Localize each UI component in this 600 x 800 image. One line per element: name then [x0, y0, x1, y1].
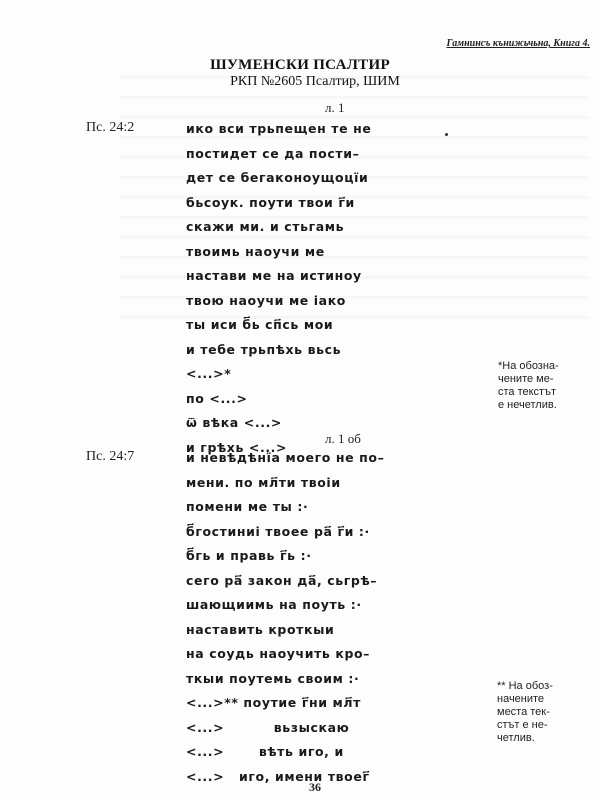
footnote-line: ** На обоз-: [497, 680, 597, 693]
verse-line: наставить кроткыи: [186, 618, 384, 643]
verse-line: б҃гь и правь г҃ь :·: [186, 544, 384, 569]
footnote-line: стът е не-: [497, 719, 597, 732]
document-subtitle: РКП №2605 Псалтир, ШИМ: [0, 74, 600, 90]
verse-line: на соудь наоучить кро–: [186, 642, 384, 667]
footnote-line: ста текстът: [498, 386, 598, 399]
footnote-line: места тек-: [497, 706, 597, 719]
verse-line: <...> вѣть иго, и: [186, 740, 384, 765]
document-page: Гамнинсъ кънижьчьна, Книга 4. ШУМЕНСКИ П…: [0, 0, 600, 800]
verse-line: ткыи поутемь своим :·: [186, 667, 384, 692]
verse-line: <...>** поутие г҃ни мл҃т: [186, 691, 384, 716]
footnote: ** На обоз-наченитеместа тек-стът е не-ч…: [497, 680, 597, 745]
footnote-line: чените ме-: [498, 373, 598, 386]
verse-line: дет се бегаконоущоцїи: [186, 166, 372, 191]
verse-line: и тебе трьпѣхь вьсь: [186, 338, 372, 363]
verse-line: скажи ми. и стьгамь: [186, 215, 372, 240]
verse-line: <...> вьзыскаю: [186, 716, 384, 741]
running-head: Гамнинсъ кънижьчьна, Книга 4.: [446, 38, 590, 49]
footnote-line: е нечетлив.: [498, 399, 598, 412]
verse-line: твою наоучи ме іако: [186, 289, 372, 314]
verse-line: б҃гостиниі твоее ра҃ г҃и :·: [186, 520, 384, 545]
verse-block: ико вси трьпещен те непостидет се да пос…: [186, 117, 372, 460]
footnote-line: начените: [497, 693, 597, 706]
page-number: 36: [0, 780, 600, 795]
verse-line: по <...>: [186, 387, 372, 412]
folio-label: л. 1 об: [325, 431, 361, 447]
folio-label: л. 1: [325, 100, 345, 116]
verse-line: настави ме на истиноу: [186, 264, 372, 289]
speck-mark: [445, 133, 448, 136]
footnote-line: четлив.: [497, 732, 597, 745]
verse-block: и невѣдѣнїа моего не по–мени. по мл҃ти т…: [186, 446, 384, 789]
verse-line: <...>*: [186, 362, 372, 387]
verse-line: твоимь наоучи ме: [186, 240, 372, 265]
verse-line: ты иси б҃ь сп҃сь мои: [186, 313, 372, 338]
verse-line: мени. по мл҃ти твоіи: [186, 471, 384, 496]
document-title: ШУМЕНСКИ ПСАЛТИР: [0, 57, 600, 74]
footnote: *На обозна-чените ме-ста текстъте нечетл…: [498, 360, 598, 412]
verse-line: и невѣдѣнїа моего не по–: [186, 446, 384, 471]
verse-line: постидет се да пости–: [186, 142, 372, 167]
psalm-reference: Пс. 24:2: [86, 120, 134, 136]
verse-line: шающиимь на поуть :·: [186, 593, 384, 618]
verse-line: ико вси трьпещен те не: [186, 117, 372, 142]
psalm-reference: Пс. 24:7: [86, 449, 134, 465]
footnote-line: *На обозна-: [498, 360, 598, 373]
verse-line: бьсоук. поути твои г҃и: [186, 191, 372, 216]
verse-line: сего ра҃ закон да҃, сьгрѣ–: [186, 569, 384, 594]
verse-line: помени ме ты :·: [186, 495, 384, 520]
